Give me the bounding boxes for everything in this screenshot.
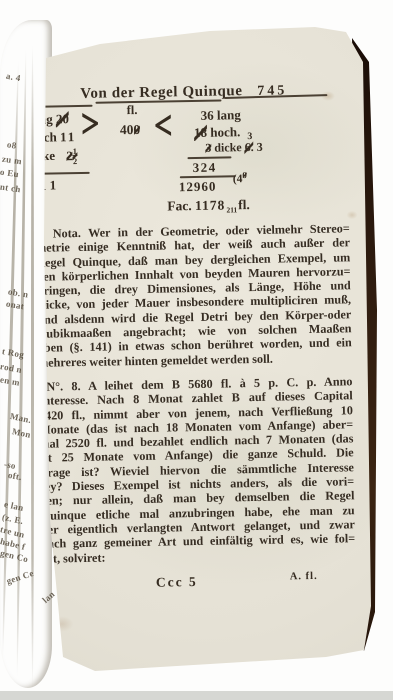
adjacent-page-text-fragment: onat	[5, 299, 25, 312]
adjacent-page-text-fragment: o Eu	[0, 167, 20, 180]
adjacent-page-text-fragment: Mon	[11, 426, 32, 440]
adjacent-page-text-fragment: oft.	[7, 470, 22, 482]
adjacent-page-text-fragment: Man.	[9, 411, 32, 425]
less-than-symbol: <	[154, 110, 173, 140]
book-photo-scene: a. 4o8zu mo Eunt chob. nonatt Rogrod nen…	[0, 0, 393, 700]
signature-mark: Ccc 5	[156, 574, 198, 591]
calc-right-rule-2	[180, 175, 236, 177]
calc-right-row-hoch: 18 hoch.3	[194, 124, 253, 141]
book-page: Von der Regel Quinque 745 lang 20 hoch 1…	[0, 0, 393, 700]
adjacent-page-text-fragment: nt ch	[0, 182, 21, 195]
adjacent-page-text-fragment: lan	[40, 589, 56, 605]
paragraph-nota: Nota. Wer in der Geometrie, oder vielmeh…	[36, 221, 352, 369]
adjacent-page-text-fragment: e lan	[3, 499, 24, 513]
catchword: A. fl.	[290, 571, 318, 582]
page-content: Von der Regel Quinque 745 lang 20 hoch 1…	[0, 0, 393, 700]
calc-product-324: 324	[193, 160, 217, 176]
adjacent-page-text-fragment: en m	[0, 374, 21, 387]
adjacent-page-text-fragment: a. 4	[5, 71, 21, 83]
calc-quotient-mark: (40	[233, 170, 247, 185]
greater-than-symbol: >	[81, 109, 100, 139]
calc-right-row-lang: 36 lang	[201, 107, 241, 124]
calc-right-rule-1	[187, 156, 231, 158]
adjacent-page-text-fragment: rod n	[0, 361, 23, 375]
adjacent-page-text-fragment: gen Ce	[5, 568, 35, 586]
adjacent-page-text-fragment: zu m	[1, 154, 22, 167]
adjacent-page-text-fragment: gen Co	[0, 548, 29, 565]
calc-total-12960: 12960	[179, 179, 217, 196]
florin-label: fl.	[127, 103, 138, 118]
adjacent-page-text-fragment: o8	[6, 139, 17, 150]
adjacent-page-text-fragment: ob. n	[7, 286, 29, 299]
adjacent-page-text-fragment: t Rog	[1, 346, 25, 360]
paragraph-no8: N°. 8. A leihet dem B 5680 fl. à 5 p. C.…	[38, 374, 355, 565]
calc-result-line: Fac. 1178211fl.	[167, 197, 250, 214]
amount-400: 400	[120, 122, 141, 138]
calc-right-row-dicke: 3 dicke 6. 3	[205, 140, 263, 156]
